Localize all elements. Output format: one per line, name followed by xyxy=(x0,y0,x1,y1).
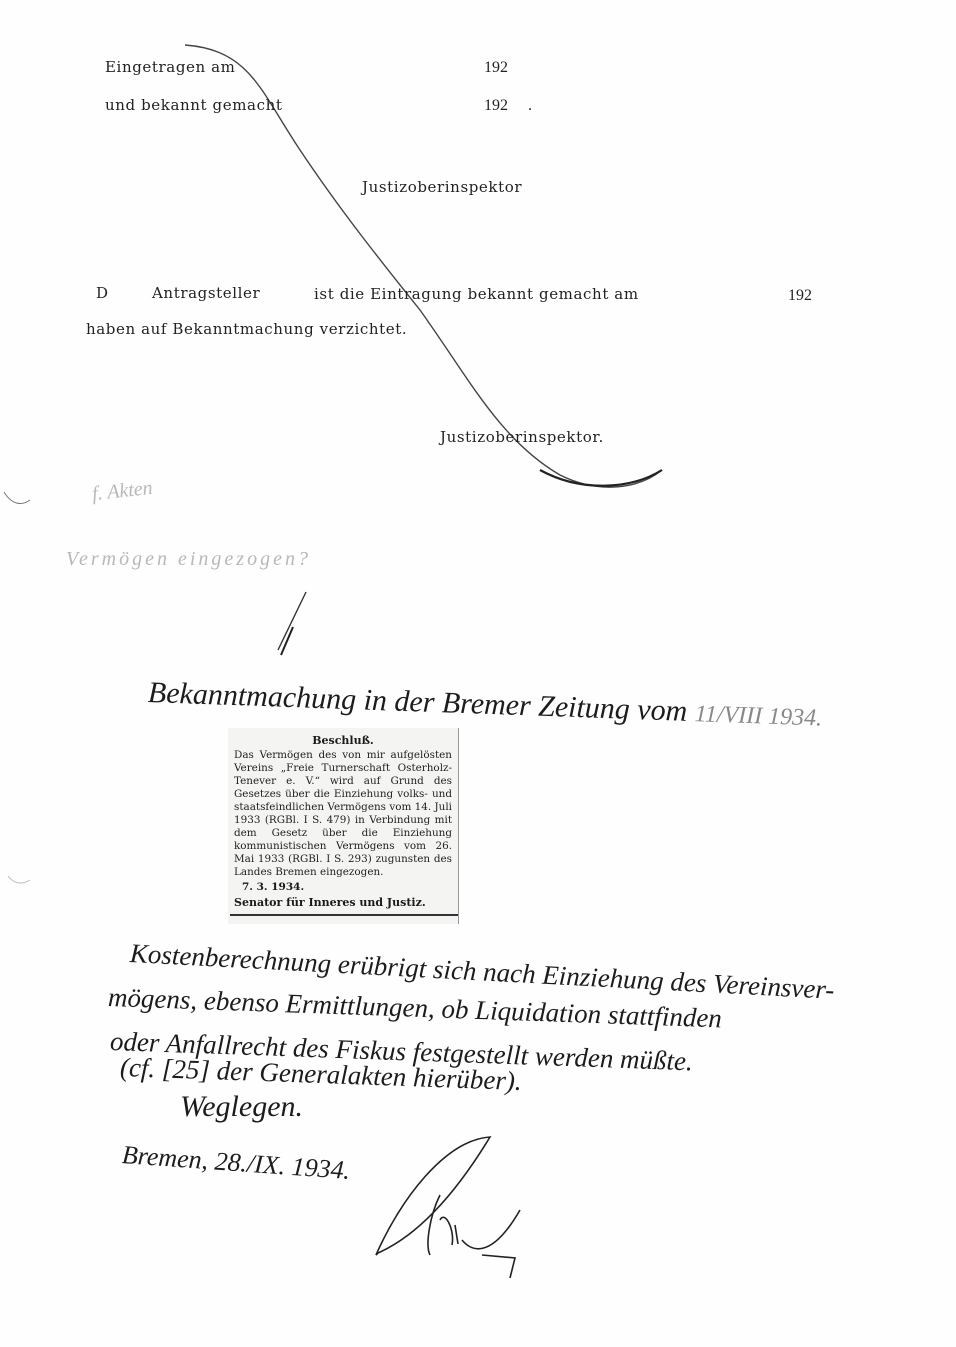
clipping-title: Beschluß. xyxy=(228,734,458,747)
waiver-text: haben auf Bekanntmachung verzichtet. xyxy=(86,320,407,338)
note-closing: Weglegen. xyxy=(180,1090,303,1124)
clipping-date: 7. 3. 1934. xyxy=(228,881,458,893)
newspaper-clipping: Beschluß. Das Vermögen des von mir aufge… xyxy=(228,728,459,924)
signature-title-2: Justizoberinspektor. xyxy=(440,428,604,446)
signature-title-1: Justizoberinspektor xyxy=(362,178,522,196)
published-dot: . xyxy=(528,97,532,115)
handwritten-heading: Bekanntmachung in der Bremer Zeitung vom… xyxy=(147,676,822,734)
notice-prefix: D xyxy=(96,284,109,302)
faint-note-line-1: f. Akten xyxy=(91,477,154,506)
notice-year: 192 xyxy=(788,287,812,305)
clipping-signatory: Senator für Inneres und Justiz. xyxy=(228,896,458,909)
clipping-rule xyxy=(230,914,458,916)
faint-note-line-2: Vermögen eingezogen? xyxy=(66,548,311,571)
notice-applicant: Antragsteller xyxy=(152,284,260,302)
note-place-date: Bremen, 28./IX. 1934. xyxy=(121,1140,351,1186)
clipping-body: Das Vermögen des von mir aufgelösten Ver… xyxy=(228,747,458,879)
document-page: Eingetragen am 192 und bekannt gemacht 1… xyxy=(0,0,956,1347)
heading-date: 11/VIII 1934. xyxy=(694,701,822,731)
heading-text: Bekanntmachung in der Bremer Zeitung vom xyxy=(147,676,687,728)
entry-label: Eingetragen am xyxy=(105,58,236,76)
published-label: und bekannt gemacht xyxy=(105,96,282,114)
notice-text: ist die Eintragung bekannt gemacht am xyxy=(314,285,639,303)
published-year: 192 xyxy=(484,97,508,115)
entry-year: 192 xyxy=(484,59,508,77)
